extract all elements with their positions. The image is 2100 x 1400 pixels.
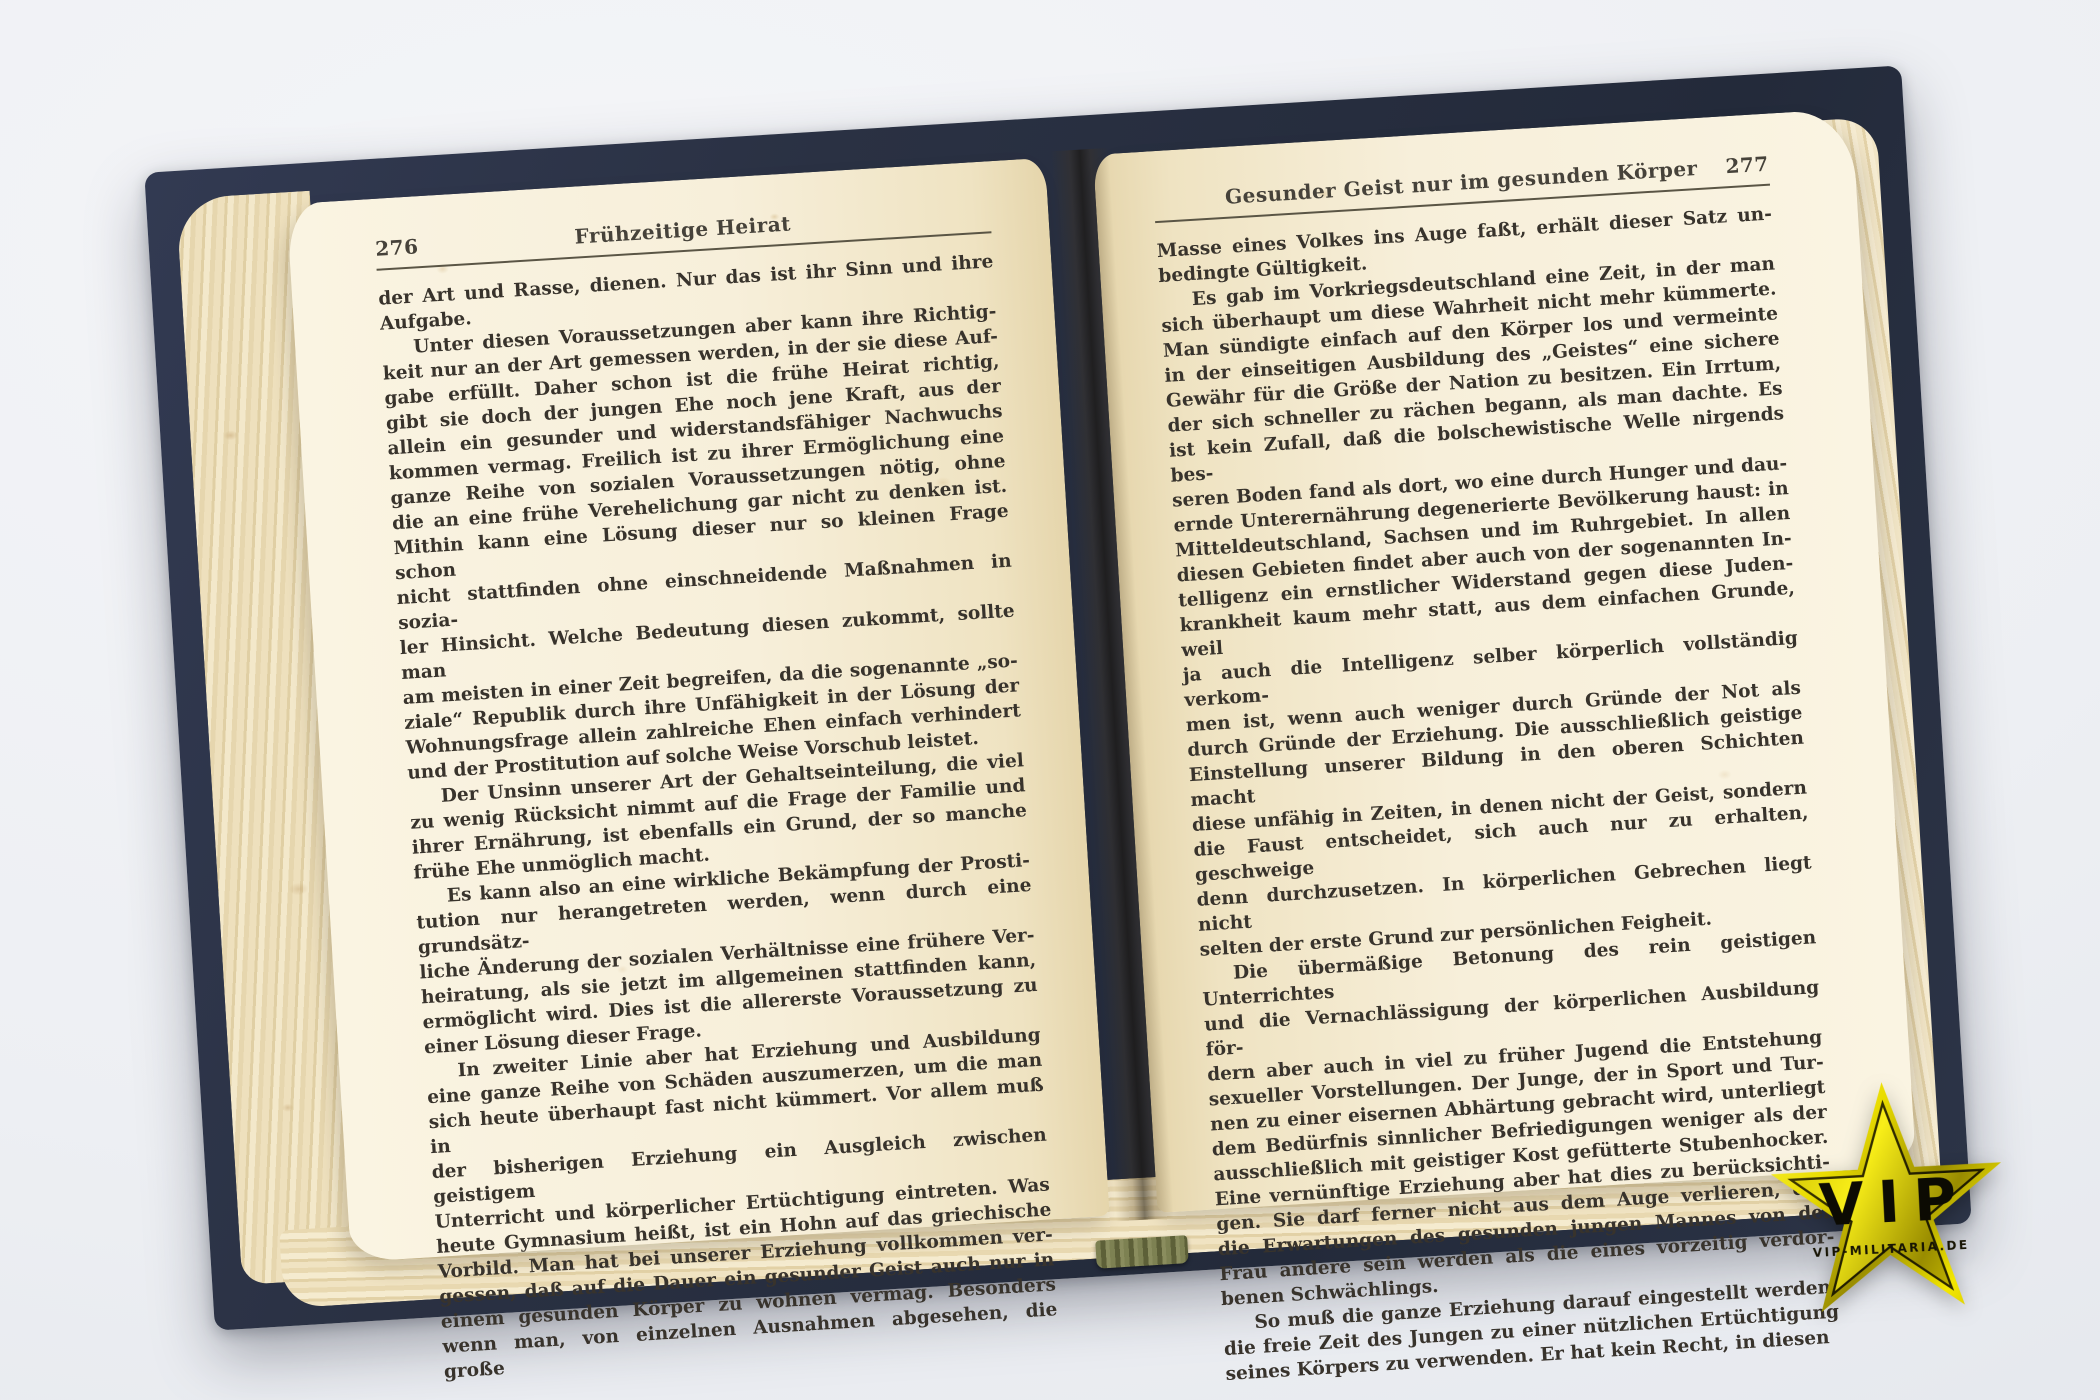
left-page-number: 276: [375, 233, 446, 261]
left-page-body: der Art und Rasse, dienen. Nur das ist i…: [378, 249, 1060, 1385]
right-page-body: Masse eines Volkes ins Auge faßt, erhält…: [1156, 202, 1841, 1387]
vip-label: VIP: [1766, 1162, 2009, 1242]
right-running-head: Gesunder Geist nur im gesunden Körper: [1223, 156, 1700, 209]
right-page-number: 277: [1698, 152, 1769, 180]
photo-background: { "photo": { "background_color": "#edeff…: [0, 0, 2100, 1400]
right-page: Gesunder Geist nur im gesunden Körper 27…: [1093, 108, 1916, 1212]
vip-watermark: VIP VIP-MILITARIA.DE: [1762, 1076, 2015, 1338]
left-page: 276 Frühzeitige Heirat der Art und Rasse…: [286, 158, 1109, 1262]
header-spacer: [1154, 204, 1224, 208]
header-spacer: [921, 218, 991, 222]
spine-headband: [1095, 1235, 1189, 1269]
open-book: 276 Frühzeitige Heirat der Art und Rasse…: [144, 65, 1972, 1330]
left-running-head: Frühzeitige Heirat: [444, 204, 921, 257]
